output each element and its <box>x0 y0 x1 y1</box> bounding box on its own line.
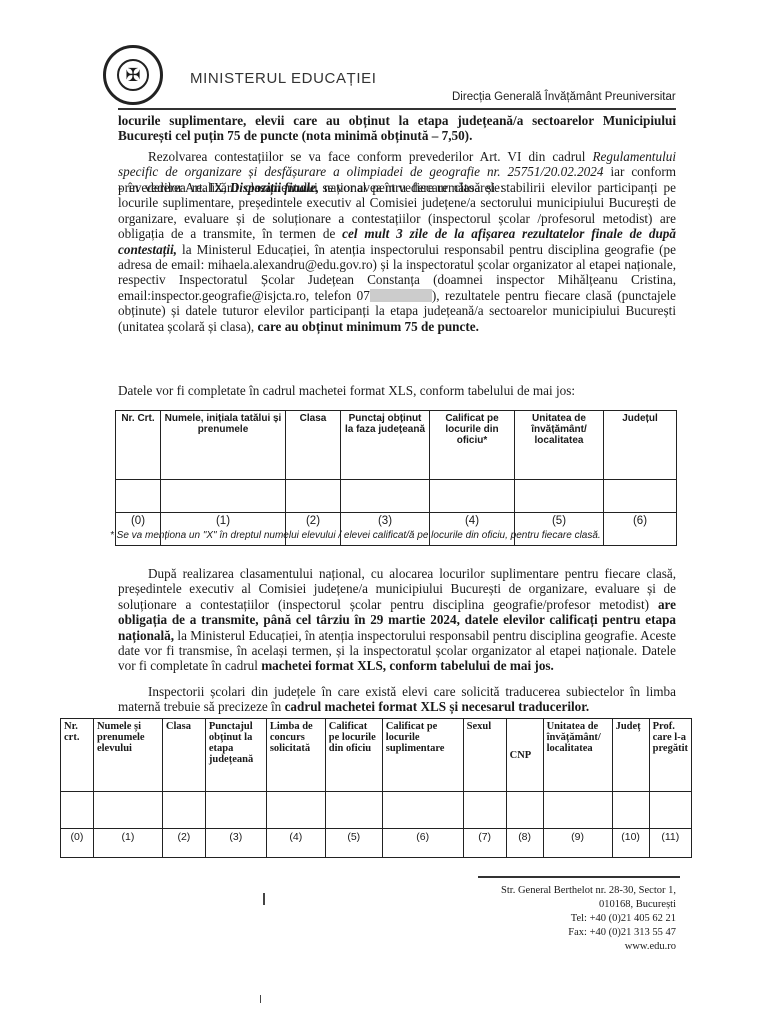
paragraph-ranking: - în vederea realizării clasamentului na… <box>118 180 676 334</box>
redacted-phone <box>370 289 432 302</box>
table-ranking: Nr. Crt. Numele, inițiala tatălui și pre… <box>115 410 677 546</box>
scan-mark <box>263 893 265 905</box>
table-row <box>61 792 692 829</box>
paragraph-translation: Inspectorii școlari din județele în care… <box>118 684 676 715</box>
coat-of-arms-icon: ✠ <box>117 59 149 91</box>
table-header-row: Nr. crt. Numele și prenumele elevului Cl… <box>61 719 692 792</box>
paragraph-xls-note: Datele vor fi completate în cadrul mache… <box>118 383 676 398</box>
government-logo: ✠ <box>103 45 163 105</box>
paragraph-intro: locurile suplimentare, elevii care au ob… <box>118 113 676 144</box>
table-header-row: Nr. Crt. Numele, inițiala tatălui și pre… <box>116 411 677 480</box>
ministry-name: MINISTERUL EDUCAȚIEI <box>190 70 376 87</box>
footnote: * Se va menționa un "X" în dreptul numel… <box>110 530 601 541</box>
footer-address: Str. General Berthelot nr. 28-30, Sector… <box>460 884 676 954</box>
scan-mark <box>260 995 261 1003</box>
paragraph-national: După realizarea clasamentului național, … <box>118 566 676 674</box>
direction-name: Direcția Generală Învățământ Preuniversi… <box>452 91 676 103</box>
header-divider <box>118 108 676 110</box>
table-row <box>116 480 677 513</box>
table-number-row: (0) (1) (2) (3) (4) (5) (6) (7) (8) (9) … <box>61 829 692 858</box>
footer-divider <box>478 876 680 878</box>
table-qualified: Nr. crt. Numele și prenumele elevului Cl… <box>60 718 692 858</box>
